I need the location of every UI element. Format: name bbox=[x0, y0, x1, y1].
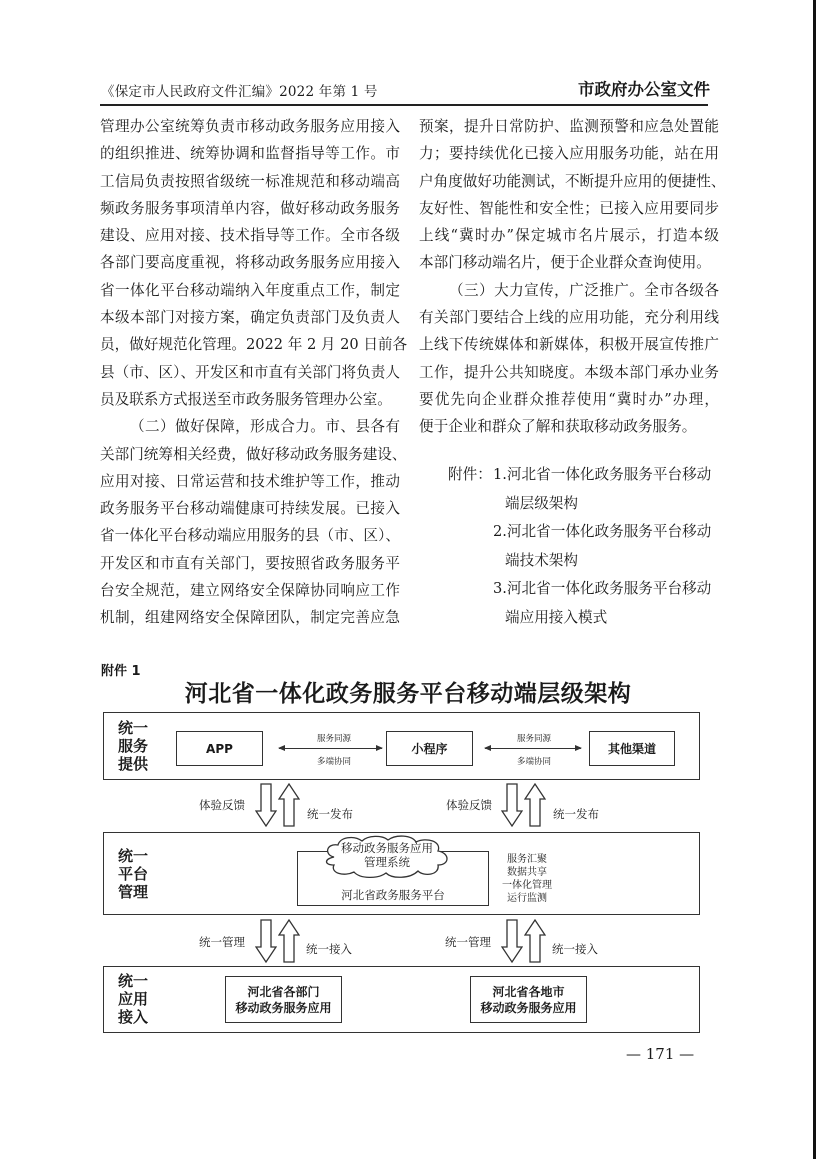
text-line: 省一体化平台移动端纳入年度重点工作，制定 bbox=[100, 277, 400, 304]
tier-service-provision: 统一 服务 提供 APP 服务同源 多端协同 小程序 服务同源 多端协同 其他渠… bbox=[103, 712, 700, 780]
text-line: 管理办公室统筹负责市移动政务服务应用接入 bbox=[100, 113, 400, 140]
tier-label-line: 接入 bbox=[118, 1008, 158, 1026]
arrow-label-down: 统一管理 bbox=[445, 934, 491, 950]
link-label-bottom: 多端协同 bbox=[482, 755, 586, 767]
header-rule bbox=[100, 104, 708, 106]
box-provincial-departments: 河北省各部门 移动政务服务应用 bbox=[225, 976, 342, 1023]
up-arrow-icon bbox=[278, 919, 300, 963]
text-line: 力；要持续优化已接入应用服务功能，站在用 bbox=[419, 140, 719, 167]
header-publication: 《保定市人民政府文件汇编》2022 年第 1 号 bbox=[101, 80, 378, 100]
tier-label-line: 服务 bbox=[118, 737, 158, 755]
arrow-label-up: 统一接入 bbox=[306, 941, 352, 957]
text-line: 关部门统筹相关经费，做好移动政务服务建设、 bbox=[100, 441, 400, 468]
attachment-number: 3. bbox=[493, 580, 507, 597]
link-label-top: 服务同源 bbox=[279, 732, 389, 744]
arrow-label-down: 统一管理 bbox=[199, 934, 245, 950]
tier-label-line: 应用 bbox=[118, 990, 158, 1008]
function-item: 服务汇聚 bbox=[492, 853, 562, 866]
header-section: 市政府办公室文件 bbox=[578, 76, 710, 100]
attachment-title-cont: 端应用接入模式 bbox=[448, 604, 711, 633]
tier-label: 统一 应用 接入 bbox=[118, 972, 158, 1026]
attachment-title: 河北省一体化政务服务平台移动 bbox=[507, 466, 711, 483]
down-arrow-icon bbox=[501, 919, 523, 963]
platform-label: 河北省政务服务平台 bbox=[297, 887, 489, 903]
text-line: 建设、应用对接、技术指导等工作。全市各级 bbox=[100, 222, 400, 249]
down-arrow-icon bbox=[255, 919, 277, 963]
text-line: 上线“冀时办”保定城市名片展示，打造本级 bbox=[419, 222, 719, 249]
attachment-title: 河北省一体化政务服务平台移动 bbox=[507, 523, 711, 540]
attachment-item-2: 2.河北省一体化政务服务平台移动 bbox=[448, 518, 711, 547]
arrow-label-down: 体验反馈 bbox=[199, 797, 245, 813]
tier-label-line: 平台 bbox=[118, 865, 158, 883]
tier-label-line: 提供 bbox=[118, 755, 158, 773]
text-line: 县（市、区）、开发区和市直有关部门将负责人 bbox=[100, 359, 400, 386]
attachments-label: 附件： bbox=[448, 461, 493, 490]
box-app: APP bbox=[176, 731, 263, 766]
tier-application-access: 统一 应用 接入 河北省各部门 移动政务服务应用 河北省各地市 移动政务服务应用 bbox=[103, 966, 700, 1033]
text-line: 的组织推进、统筹协调和监督指导等工作。市 bbox=[100, 140, 400, 167]
text-line: 工信局负责按照省级统一标准规范和移动端高 bbox=[100, 168, 400, 195]
text-line: 上线下传统媒体和新媒体，积极开展宣传推广 bbox=[419, 331, 719, 358]
link-label-top: 服务同源 bbox=[482, 732, 586, 744]
tier-label: 统一 平台 管理 bbox=[118, 847, 158, 901]
text-line: 员及联系方式报送至市政务服务管理办公室。 bbox=[100, 386, 400, 413]
text-line: 台安全规范，建立网络安全保障协同响应工作 bbox=[100, 577, 400, 604]
attachment-title: 河北省一体化政务服务平台移动 bbox=[507, 580, 711, 597]
tier-label-line: 管理 bbox=[118, 883, 158, 901]
text-line: 省一体化平台移动端应用服务的县（市、区）、 bbox=[100, 522, 400, 549]
tier-platform-management: 统一 平台 管理 移动政务服务应用 管理系统 河北省政务服务平台 服务汇聚 数据… bbox=[103, 832, 700, 915]
tier-label-line: 统一 bbox=[118, 972, 158, 990]
text-line: 有关部门要结合上线的应用功能，充分利用线 bbox=[419, 304, 719, 331]
text-line: 预案，提升日常防护、监测预警和应急处置能 bbox=[419, 113, 719, 140]
box-label-line: 河北省各地市 bbox=[492, 984, 564, 1000]
text-line: 机制，组建网络安全保障团队，制定完善应急 bbox=[100, 604, 400, 631]
attachment-title-cont: 端技术架构 bbox=[448, 547, 711, 576]
up-arrow-icon bbox=[278, 783, 300, 827]
text-line: 本部门移动端名片，便于企业群众查询使用。 bbox=[419, 249, 719, 276]
text-line: 应用对接、日常运营和技术维护等工作，推动 bbox=[100, 468, 400, 495]
section-heading-line: （三）大力宣传，广泛推广。全市各级各 bbox=[419, 277, 719, 304]
platform-functions: 服务汇聚 数据共享 一体化管理 运行监测 bbox=[492, 853, 562, 905]
arrow-label-up: 统一接入 bbox=[552, 941, 598, 957]
function-item: 运行监测 bbox=[492, 892, 562, 905]
text-line: 员，做好规范化管理。2022 年 2 月 20 日前各 bbox=[100, 331, 400, 358]
text-line: 各部门要高度重视，将移动政务服务应用接入 bbox=[100, 249, 400, 276]
down-arrow-icon bbox=[501, 783, 523, 827]
tier-label-line: 统一 bbox=[118, 719, 158, 737]
cloud-label-line: 移动政务服务应用 bbox=[322, 841, 452, 855]
function-item: 一体化管理 bbox=[492, 879, 562, 892]
tier-label: 统一 服务 提供 bbox=[118, 719, 158, 773]
box-other-channels: 其他渠道 bbox=[589, 731, 675, 766]
cloud-system-label: 移动政务服务应用 管理系统 bbox=[322, 841, 452, 869]
right-column: 预案，提升日常防护、监测预警和应急处置能 力；要持续优化已接入应用服务功能，站在… bbox=[419, 113, 719, 441]
box-label-line: 河北省各部门 bbox=[247, 984, 319, 1000]
up-arrow-icon bbox=[524, 919, 546, 963]
tier-label-line: 统一 bbox=[118, 847, 158, 865]
text-line: 便于企业和群众了解和获取移动政务服务。 bbox=[419, 413, 719, 440]
function-item: 数据共享 bbox=[492, 866, 562, 879]
box-label-line: 移动政务服务应用 bbox=[235, 1000, 331, 1016]
box-mini-program: 小程序 bbox=[386, 731, 473, 766]
cloud-label-line: 管理系统 bbox=[322, 855, 452, 869]
left-column: 管理办公室统筹负责市移动政务服务应用接入 的组织推进、统筹协调和监督指导等工作。… bbox=[100, 113, 400, 632]
text-line: 友好性、智能性和安全性；已接入应用要同步 bbox=[419, 195, 719, 222]
section-heading-line: （二）做好保障，形成合力。市、县各有 bbox=[100, 413, 400, 440]
figure-title: 河北省一体化政务服务平台移动端层级架构 bbox=[0, 675, 816, 708]
text-line: 户角度做好功能测试，不断提升应用的便捷性、 bbox=[419, 168, 719, 195]
bidirectional-arrow bbox=[279, 748, 382, 749]
attachment-number: 2. bbox=[493, 523, 507, 540]
down-arrow-icon bbox=[255, 783, 277, 827]
text-line: 开发区和市直有关部门，要按照省政务服务平 bbox=[100, 550, 400, 577]
attachment-item-3: 3.河北省一体化政务服务平台移动 bbox=[448, 575, 711, 604]
attachment-title-cont: 端层级架构 bbox=[448, 490, 711, 519]
attachment-number: 1. bbox=[493, 466, 507, 483]
box-provincial-cities: 河北省各地市 移动政务服务应用 bbox=[470, 976, 587, 1023]
up-arrow-icon bbox=[524, 783, 546, 827]
arrow-label-up: 统一发布 bbox=[307, 806, 353, 822]
text-line: 要优先向企业群众推荐使用“冀时办”办理， bbox=[419, 386, 719, 413]
text-line: 频政务服务事项清单内容，做好移动政务服务 bbox=[100, 195, 400, 222]
text-line: 工作，提升公共知晓度。本级本部门承办业务 bbox=[419, 359, 719, 386]
text-line: 政务服务平台移动端健康可持续发展。已接入 bbox=[100, 495, 400, 522]
arrow-label-up: 统一发布 bbox=[553, 806, 599, 822]
text-line: 本级本部门对接方案，确定负责部门及负责人 bbox=[100, 304, 400, 331]
link-label-bottom: 多端协同 bbox=[279, 755, 389, 767]
page-number: — 171 — bbox=[626, 1045, 694, 1063]
attachments-list: 附件：1.河北省一体化政务服务平台移动 端层级架构 2.河北省一体化政务服务平台… bbox=[448, 461, 711, 632]
attachment-item-1: 附件：1.河北省一体化政务服务平台移动 bbox=[448, 461, 711, 490]
box-label-line: 移动政务服务应用 bbox=[480, 1000, 576, 1016]
arrow-label-down: 体验反馈 bbox=[446, 797, 492, 813]
bidirectional-arrow bbox=[485, 748, 581, 749]
